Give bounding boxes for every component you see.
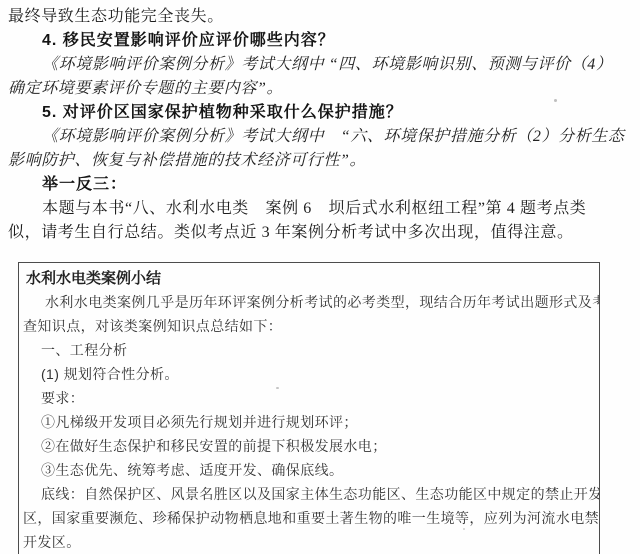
bottom-line-text: 开发区。	[23, 530, 597, 554]
syllabus-quote-line: 《环境影响评价案例分析》考试大纲中 “四、环境影响识别、预测与评价（4）	[8, 53, 634, 77]
box-paragraph-line: 查知识点，对该类案例知识点总结如下：	[23, 314, 597, 338]
syllabus-quote-line: 确定环境要素评价专题的主要内容”。	[8, 77, 634, 101]
scan-speck	[276, 387, 279, 389]
subsection-1-line: (1) 规划符合性分析。	[23, 362, 597, 386]
scan-speck	[463, 528, 465, 530]
closing-sentence: 最终导致生态功能完全丧失。	[8, 5, 634, 29]
question-5-heading: 5. 对评价区国家保护植物种采取什么保护措施？	[8, 101, 634, 125]
requirements-label: 要求：	[23, 386, 597, 410]
box-paragraph-line: 水利水电类案例几乎是历年环评案例分析考试的必考类型，现结合历年考试出题形式及考	[23, 290, 597, 314]
document-page: 最终导致生态功能完全丧失。 4. 移民安置影响评价应评价哪些内容？ 《环境影响评…	[0, 0, 640, 554]
bottom-line-text: 区，国家重要濒危、珍稀保护动物栖息地和重要土著生物的唯一生境等，应列为河流水电禁…	[23, 506, 597, 530]
summary-box-title: 水利水电类案例小结	[23, 268, 597, 290]
bottom-line-text: 底线：自然保护区、风景名胜区以及国家主体生态功能区、生态功能区中规定的禁止开发	[23, 482, 597, 506]
syllabus-quote-line: 《环境影响评价案例分析》考试大纲中 “六、环境保护措施分析（2）分析生态	[8, 125, 634, 149]
extension-body-line: 本题与本书“八、水利水电类 案例 6 坝后式水利枢纽工程”第 4 题考点类	[8, 197, 634, 221]
section-1-heading: 一、工程分析	[23, 338, 597, 362]
qa-section: 最终导致生态功能完全丧失。 4. 移民安置影响评价应评价哪些内容？ 《环境影响评…	[0, 0, 640, 245]
extension-heading: 举一反三：	[8, 173, 634, 197]
scan-speck	[554, 99, 557, 102]
extension-body-line: 似，请考生自行总结。类似考点近 3 年案例分析考试中多次出现，值得注意。	[8, 221, 634, 245]
requirement-item-2: ②在做好生态保护和移民安置的前提下积极发展水电；	[23, 434, 597, 458]
requirement-item-3: ③生态优先、统筹考虑、适度开发、确保底线。	[23, 458, 597, 482]
requirement-item-1: ①凡梯级开发项目必须先行规划并进行规划环评；	[23, 410, 597, 434]
syllabus-quote-line: 影响防护、恢复与补偿措施的技术经济可行性”。	[8, 149, 634, 173]
question-4-heading: 4. 移民安置影响评价应评价哪些内容？	[8, 29, 634, 53]
summary-box: 水利水电类案例小结 水利水电类案例几乎是历年环评案例分析考试的必考类型，现结合历…	[18, 262, 600, 554]
